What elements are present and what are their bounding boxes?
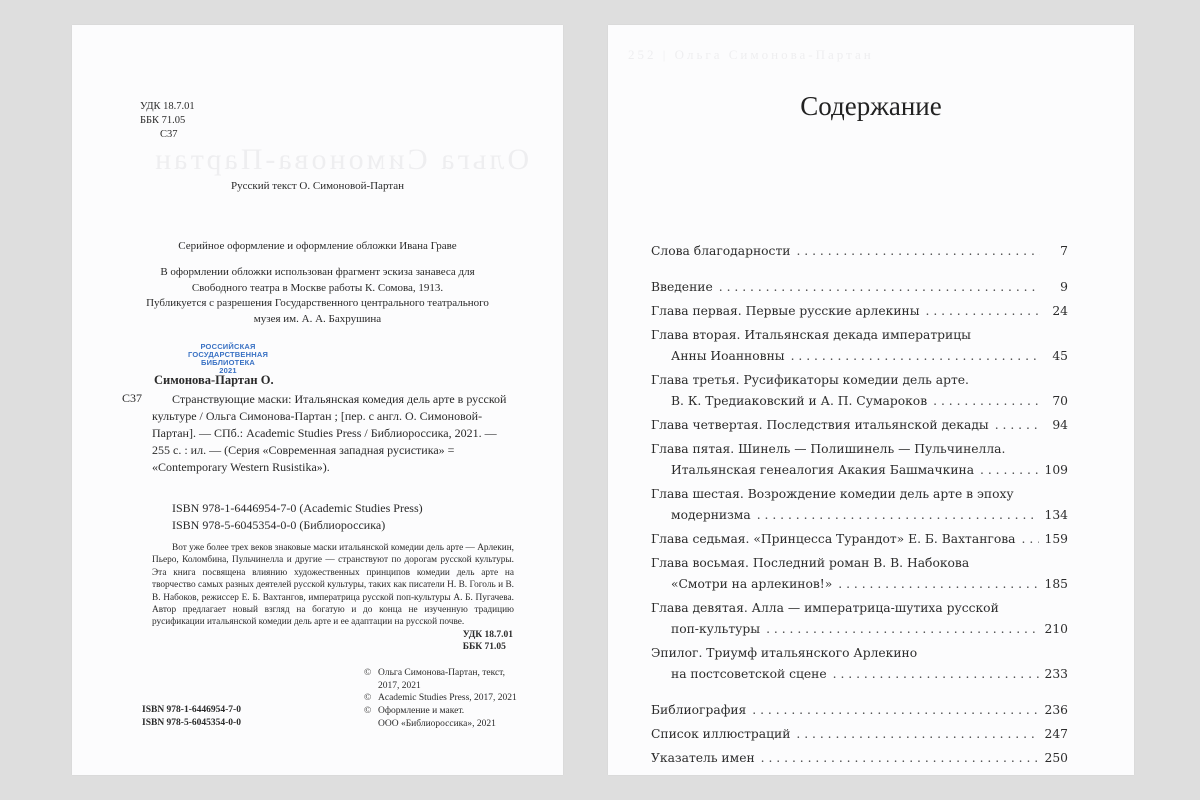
toc-page-number: 70 <box>1046 391 1068 412</box>
show-through-title: Ольга Симонова-Партан <box>152 143 529 177</box>
copyright-text: Оформление и макет. <box>378 705 464 718</box>
toc-entry[interactable]: Список иллюстраций247 <box>651 724 1068 745</box>
toc-line: Список иллюстраций247 <box>651 724 1068 745</box>
toc-page-number: 134 <box>1045 505 1068 526</box>
toc-entry-title: Глава третья. Русификаторы комедии дель … <box>651 370 969 391</box>
table-of-contents: Слова благодарности7Введение9Глава перва… <box>651 241 1068 769</box>
dot-leader <box>791 346 1040 367</box>
toc-entry-title: Библиография <box>651 700 746 721</box>
copyright-symbol: © <box>364 705 378 718</box>
copyright-page: Ольга Симонова-Партан УДК 18.7.01 ББК 71… <box>72 25 563 775</box>
toc-line: «Смотри на арлекинов!»185 <box>651 574 1068 595</box>
udk-block-bottom: УДК 18.7.01 ББК 71.05 <box>463 629 513 653</box>
toc-entry-title: Глава пятая. Шинель — Полишинель — Пульч… <box>651 439 1005 460</box>
toc-page-number: 109 <box>1045 460 1068 481</box>
toc-line: Глава четвертая. Последствия итальянской… <box>651 415 1068 436</box>
copyright-line: ©Оформление и макет. <box>364 705 517 718</box>
copyright-text: ООО «Библиороссика», 2021 <box>378 718 496 731</box>
toc-entry-title: Глава первая. Первые русские арлекины <box>651 301 920 322</box>
copyright-text: Ольга Симонова-Партан, текст, <box>378 667 505 680</box>
bibliographic-code: С37 <box>122 391 142 406</box>
contents-page: 252 | Ольга Симонова-Партан Содержание С… <box>608 25 1134 775</box>
toc-line: Глава восьмая. Последний роман В. В. Наб… <box>651 553 1068 574</box>
toc-entry-title: модернизма <box>671 505 751 526</box>
cover-note-line: Публикуется с разрешения Государственног… <box>102 296 533 312</box>
toc-entry-title: В. К. Тредиаковский и А. П. Сумароков <box>671 391 927 412</box>
toc-entry-title: Слова благодарности <box>651 241 790 262</box>
translation-credit: Русский текст О. Симоновой-Партан <box>72 180 563 192</box>
toc-line: на постсоветской сцене233 <box>651 664 1068 685</box>
toc-entry[interactable]: Глава восьмая. Последний роман В. В. Наб… <box>651 553 1068 595</box>
toc-line: В. К. Тредиаковский и А. П. Сумароков70 <box>651 391 1068 412</box>
toc-page-number: 9 <box>1046 277 1068 298</box>
toc-page-number: 7 <box>1046 241 1068 262</box>
dot-leader <box>933 391 1040 412</box>
dot-leader <box>766 619 1038 640</box>
bibliographic-description: Странствующие маски: Итальянская комедия… <box>152 391 512 476</box>
toc-entry[interactable]: Глава шестая. Возрождение комедии дель а… <box>651 484 1068 526</box>
toc-entry-title: Указатель имен <box>651 748 755 769</box>
toc-page-number: 236 <box>1045 700 1068 721</box>
dot-leader <box>995 415 1040 436</box>
page-title: Содержание <box>608 91 1134 122</box>
toc-line: Введение9 <box>651 277 1068 298</box>
toc-line: Анны Иоанновны45 <box>651 346 1068 367</box>
copyright-symbol <box>364 718 378 731</box>
cover-note-line: Свободного театра в Москве работы К. Сом… <box>102 281 533 297</box>
toc-entry-title: на постсоветской сцене <box>671 664 827 685</box>
isbn: ISBN 978-1-6446954-7-0 <box>142 704 241 717</box>
isbn-bottom: ISBN 978-1-6446954-7-0 ISBN 978-5-604535… <box>142 704 241 729</box>
copyright-line: 2017, 2021 <box>364 680 517 693</box>
library-stamp: РОССИЙСКАЯ ГОСУДАРСТВЕННАЯ БИБЛИОТЕКА 20… <box>188 343 268 375</box>
udk-block-top: УДК 18.7.01 ББК 71.05 С37 <box>140 100 195 142</box>
dot-leader <box>757 505 1039 526</box>
toc-entry-title: Эпилог. Триумф итальянского Арлекино <box>651 643 917 664</box>
bbk-code: ББК 71.05 <box>463 641 513 653</box>
toc-page-number: 233 <box>1045 664 1068 685</box>
toc-page-number: 24 <box>1046 301 1068 322</box>
toc-entry[interactable]: Глава девятая. Алла — императрица-шутиха… <box>651 598 1068 640</box>
toc-entry[interactable]: Глава третья. Русификаторы комедии дель … <box>651 370 1068 412</box>
toc-line: Глава седьмая. «Принцесса Турандот» Е. Б… <box>651 529 1068 550</box>
show-through-header: 252 | Ольга Симонова-Партан <box>628 47 874 63</box>
toc-entry-title: Глава седьмая. «Принцесса Турандот» Е. Б… <box>651 529 1016 550</box>
bibliographic-author: Симонова-Партан О. <box>154 373 274 388</box>
toc-entry-title: «Смотри на арлекинов!» <box>671 574 832 595</box>
copyright-symbol: © <box>364 692 378 705</box>
isbn-list: ISBN 978-1-6446954-7-0 (Academic Studies… <box>172 500 423 533</box>
dot-leader <box>719 277 1040 298</box>
toc-page-number: 45 <box>1046 346 1068 367</box>
toc-entry[interactable]: Глава четвертая. Последствия итальянской… <box>651 415 1068 436</box>
toc-page-number: 250 <box>1045 748 1068 769</box>
toc-line: Глава девятая. Алла — императрица-шутиха… <box>651 598 1068 619</box>
toc-page-number: 247 <box>1045 724 1068 745</box>
toc-line: модернизма134 <box>651 505 1068 526</box>
copyright-text: 2017, 2021 <box>378 680 421 693</box>
copyright-line: ©Ольга Симонова-Партан, текст, <box>364 667 517 680</box>
toc-entry[interactable]: Введение9 <box>651 277 1068 298</box>
toc-line: Глава вторая. Итальянская декада императ… <box>651 325 1068 346</box>
series-design-credit: Серийное оформление и оформление обложки… <box>72 240 563 252</box>
toc-entry-title: Глава восьмая. Последний роман В. В. Наб… <box>651 553 969 574</box>
dot-leader <box>796 241 1040 262</box>
toc-line: Библиография236 <box>651 700 1068 721</box>
toc-entry-title: Анны Иоанновны <box>671 346 785 367</box>
toc-line: Глава третья. Русификаторы комедии дель … <box>651 370 1068 391</box>
toc-entry-title: поп-культуры <box>671 619 760 640</box>
toc-entry[interactable]: Указатель имен250 <box>651 748 1068 769</box>
copyright-text: Academic Studies Press, 2017, 2021 <box>378 692 517 705</box>
isbn: ISBN 978-5-6045354-0-0 (Библиороссика) <box>172 517 423 534</box>
bbk-code: ББК 71.05 <box>140 114 195 128</box>
dot-leader <box>838 574 1038 595</box>
copyright-block: ©Ольга Симонова-Партан, текст,2017, 2021… <box>364 667 517 731</box>
copyright-symbol <box>364 680 378 693</box>
toc-line: Эпилог. Триумф итальянского Арлекино <box>651 643 1068 664</box>
toc-page-number: 185 <box>1045 574 1068 595</box>
dot-leader <box>761 748 1039 769</box>
toc-line: Глава шестая. Возрождение комедии дель а… <box>651 484 1068 505</box>
toc-entry-title: Введение <box>651 277 713 298</box>
dot-leader <box>926 301 1041 322</box>
udk-code: УДК 18.7.01 <box>463 629 513 641</box>
toc-entry-title: Итальянская генеалогия Акакия Башмачкина <box>671 460 974 481</box>
toc-entry[interactable]: Глава вторая. Итальянская декада императ… <box>651 325 1068 367</box>
copyright-line: ©Academic Studies Press, 2017, 2021 <box>364 692 517 705</box>
toc-entry[interactable]: Глава пятая. Шинель — Полишинель — Пульч… <box>651 439 1068 481</box>
dot-leader <box>833 664 1039 685</box>
copyright-line: ООО «Библиороссика», 2021 <box>364 718 517 731</box>
toc-line: поп-культуры210 <box>651 619 1068 640</box>
toc-entry-title: Список иллюстраций <box>651 724 790 745</box>
toc-line: Глава пятая. Шинель — Полишинель — Пульч… <box>651 439 1068 460</box>
toc-entry[interactable]: Библиография236 <box>651 700 1068 721</box>
toc-entry[interactable]: Слова благодарности7 <box>651 241 1068 262</box>
cover-note-line: музея им. А. А. Бахрушина <box>102 312 533 328</box>
isbn: ISBN 978-5-6045354-0-0 <box>142 717 241 730</box>
cover-note-line: В оформлении обложки использован фрагмен… <box>102 265 533 281</box>
toc-entry[interactable]: Глава первая. Первые русские арлекины24 <box>651 301 1068 322</box>
toc-page-number: 94 <box>1046 415 1068 436</box>
toc-entry-title: Глава вторая. Итальянская декада императ… <box>651 325 971 346</box>
toc-line: Итальянская генеалогия Акакия Башмачкина… <box>651 460 1068 481</box>
copyright-symbol: © <box>364 667 378 680</box>
toc-line: Глава первая. Первые русские арлекины24 <box>651 301 1068 322</box>
annotation: Вот уже более трех веков знаковые маски … <box>152 542 514 629</box>
dot-leader <box>796 724 1038 745</box>
toc-entry-title: Глава шестая. Возрождение комедии дель а… <box>651 484 1014 505</box>
toc-line: Указатель имен250 <box>651 748 1068 769</box>
dot-leader <box>980 460 1038 481</box>
author-mark: С37 <box>140 128 195 142</box>
toc-entry[interactable]: Глава седьмая. «Принцесса Турандот» Е. Б… <box>651 529 1068 550</box>
toc-entry-title: Глава четвертая. Последствия итальянской… <box>651 415 989 436</box>
toc-entry-title: Глава девятая. Алла — императрица-шутиха… <box>651 598 999 619</box>
isbn: ISBN 978-1-6446954-7-0 (Academic Studies… <box>172 500 423 517</box>
udk-code: УДК 18.7.01 <box>140 100 195 114</box>
toc-page-number: 159 <box>1045 529 1068 550</box>
dot-leader <box>1022 529 1039 550</box>
cover-note: В оформлении обложки использован фрагмен… <box>102 265 533 327</box>
toc-entry[interactable]: Эпилог. Триумф итальянского Арлекинона п… <box>651 643 1068 685</box>
toc-line: Слова благодарности7 <box>651 241 1068 262</box>
dot-leader <box>752 700 1038 721</box>
toc-page-number: 210 <box>1045 619 1068 640</box>
